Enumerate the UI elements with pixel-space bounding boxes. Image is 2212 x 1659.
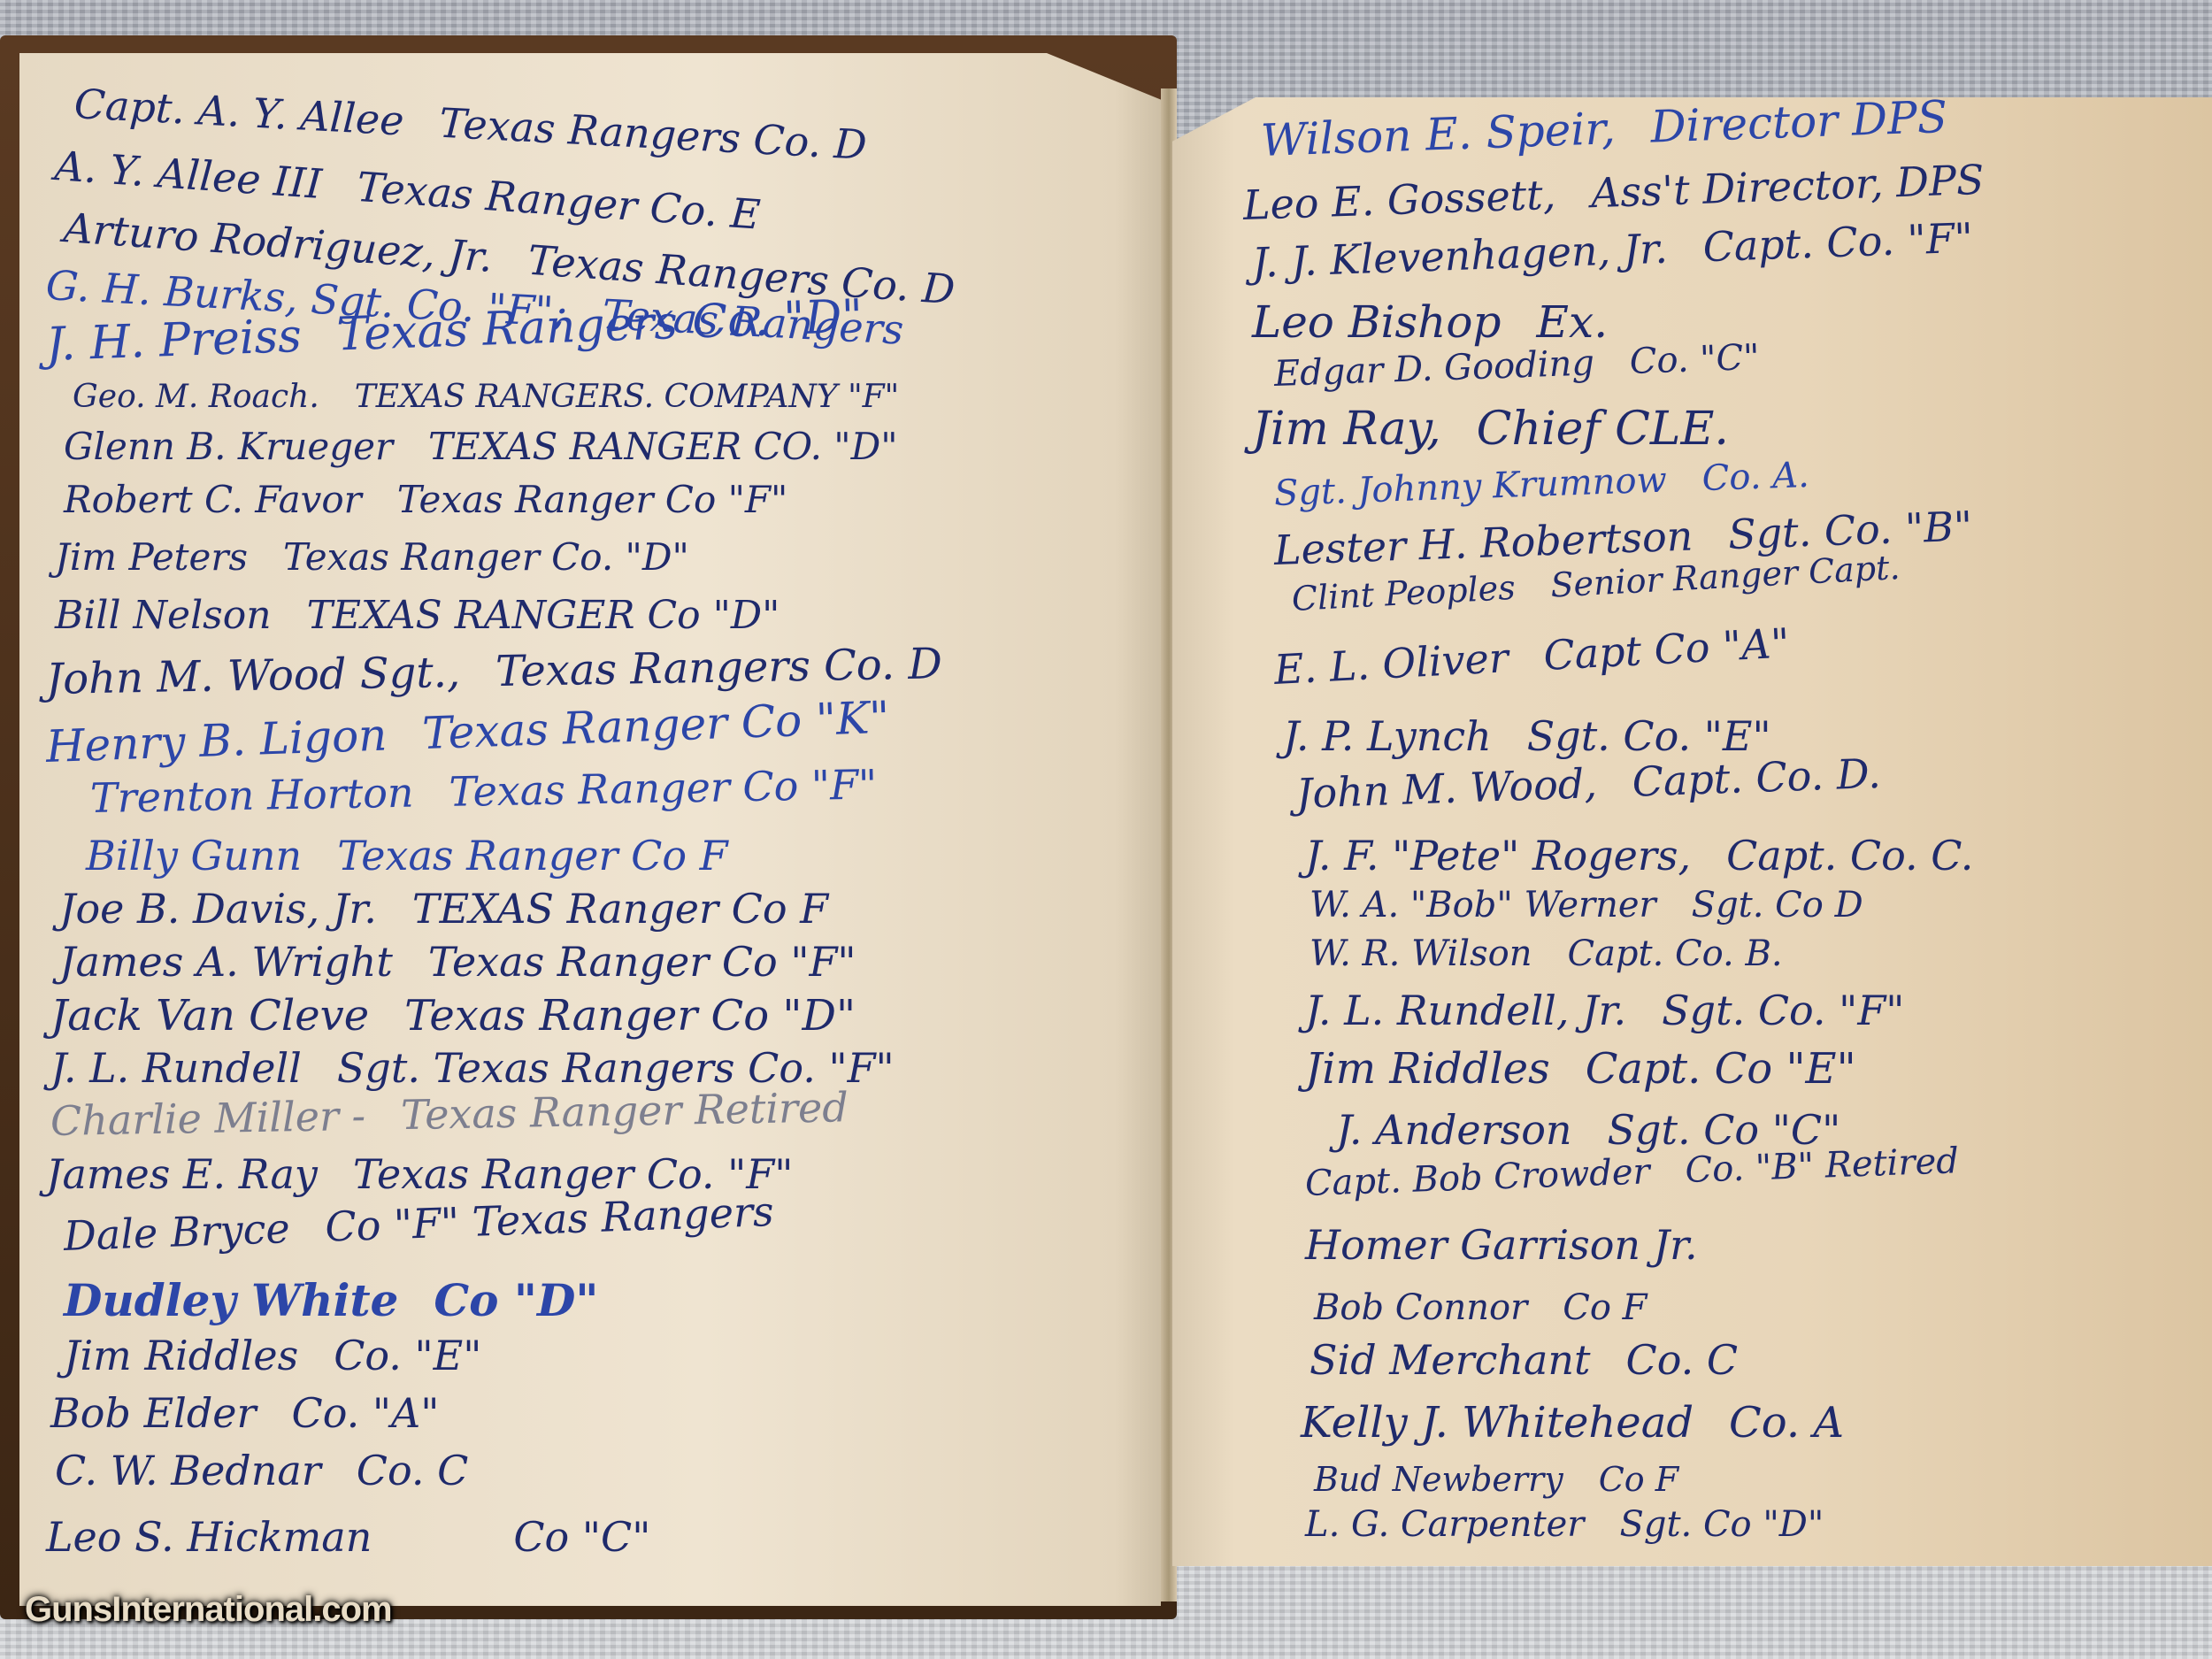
signature-entry: Geo. M. Roach.TEXAS RANGERS. COMPANY "F" <box>73 379 899 415</box>
signature-entry: Robert C. FavorTexas Ranger Co "F" <box>64 478 787 521</box>
signature-entry: W. A. "Bob" WernerSgt. Co D <box>1310 885 1863 926</box>
signature-entry: Jack Van CleveTexas Ranger Co "D" <box>50 991 856 1041</box>
signature-entry: Jim PetersTexas Ranger Co. "D" <box>55 535 689 579</box>
signature-entry: W. R. WilsonCapt. Co. B. <box>1310 933 1783 974</box>
signature-entry: J. P. LynchSgt. Co. "E" <box>1283 712 1771 760</box>
signature-entry: Henry B. LigonTexas Ranger Co "K" <box>45 692 890 772</box>
signature-entry: L. G. CarpenterSgt. Co "D" <box>1305 1504 1824 1545</box>
signature-entry: Charlie Miller -Texas Ranger Retired <box>50 1083 849 1145</box>
signature-entry: C. W. BednarCo. C <box>55 1447 468 1494</box>
signature-entry: Jim Ray,Chief CLE. <box>1252 403 1729 456</box>
signature-entry: Dale BryceCo "F" Texas Rangers <box>63 1187 774 1260</box>
signature-entry: Bud NewberryCo F <box>1314 1460 1678 1499</box>
signature-entry: Trenton HortonTexas Ranger Co "F" <box>90 760 878 822</box>
signature-entry: Leo BishopEx. <box>1252 296 1608 348</box>
signature-entry: Jim RiddlesCo. "E" <box>64 1332 481 1379</box>
signature-entry: Joe B. Davis, Jr.TEXAS Ranger Co F <box>59 885 828 933</box>
signature-entry: Bill NelsonTEXAS RANGER Co "D" <box>55 593 780 638</box>
signature-entry: J. F. "Pete" Rogers,Capt. Co. C. <box>1305 832 1973 879</box>
signature-entry: Sid MerchantCo. C <box>1310 1336 1738 1384</box>
signature-entry: Glenn B. KruegerTEXAS RANGER CO. "D" <box>64 425 898 468</box>
signature-entry: Bob ConnorCo F <box>1314 1287 1647 1328</box>
signature-entry: Leo S. HickmanCo "C" <box>46 1513 650 1561</box>
signature-entry: Wilson E. Speir,Director DPS <box>1260 91 1948 166</box>
signature-entry: Jim RiddlesCapt. Co "E" <box>1305 1044 1856 1094</box>
signature-entry: J. L. Rundell, Jr.Sgt. Co. "F" <box>1305 987 1904 1034</box>
signature-entry: Homer Garrison Jr. <box>1305 1221 1733 1269</box>
left-page: Capt. A. Y. AlleeTexas Rangers Co. D A. … <box>19 53 1161 1606</box>
signature-entry: James A. WrightTexas Ranger Co "F" <box>59 938 856 986</box>
signature-entry: Sgt. Johnny KrumnowCo. A. <box>1273 455 1809 514</box>
signature-entry: Bob ElderCo. "A" <box>50 1389 439 1437</box>
signature-entry: Billy GunnTexas Ranger Co F <box>86 832 728 879</box>
signature-entry: Dudley WhiteCo "D" <box>64 1274 598 1326</box>
signature-entry: Kelly J. WhiteheadCo. A <box>1301 1398 1844 1448</box>
watermark-logo: GunsInternational.com <box>25 1590 392 1630</box>
signature-entry: E. L. OliverCapt Co "A" <box>1273 619 1791 694</box>
right-page: Wilson E. Speir,Director DPS Leo E. Goss… <box>1172 97 2212 1566</box>
